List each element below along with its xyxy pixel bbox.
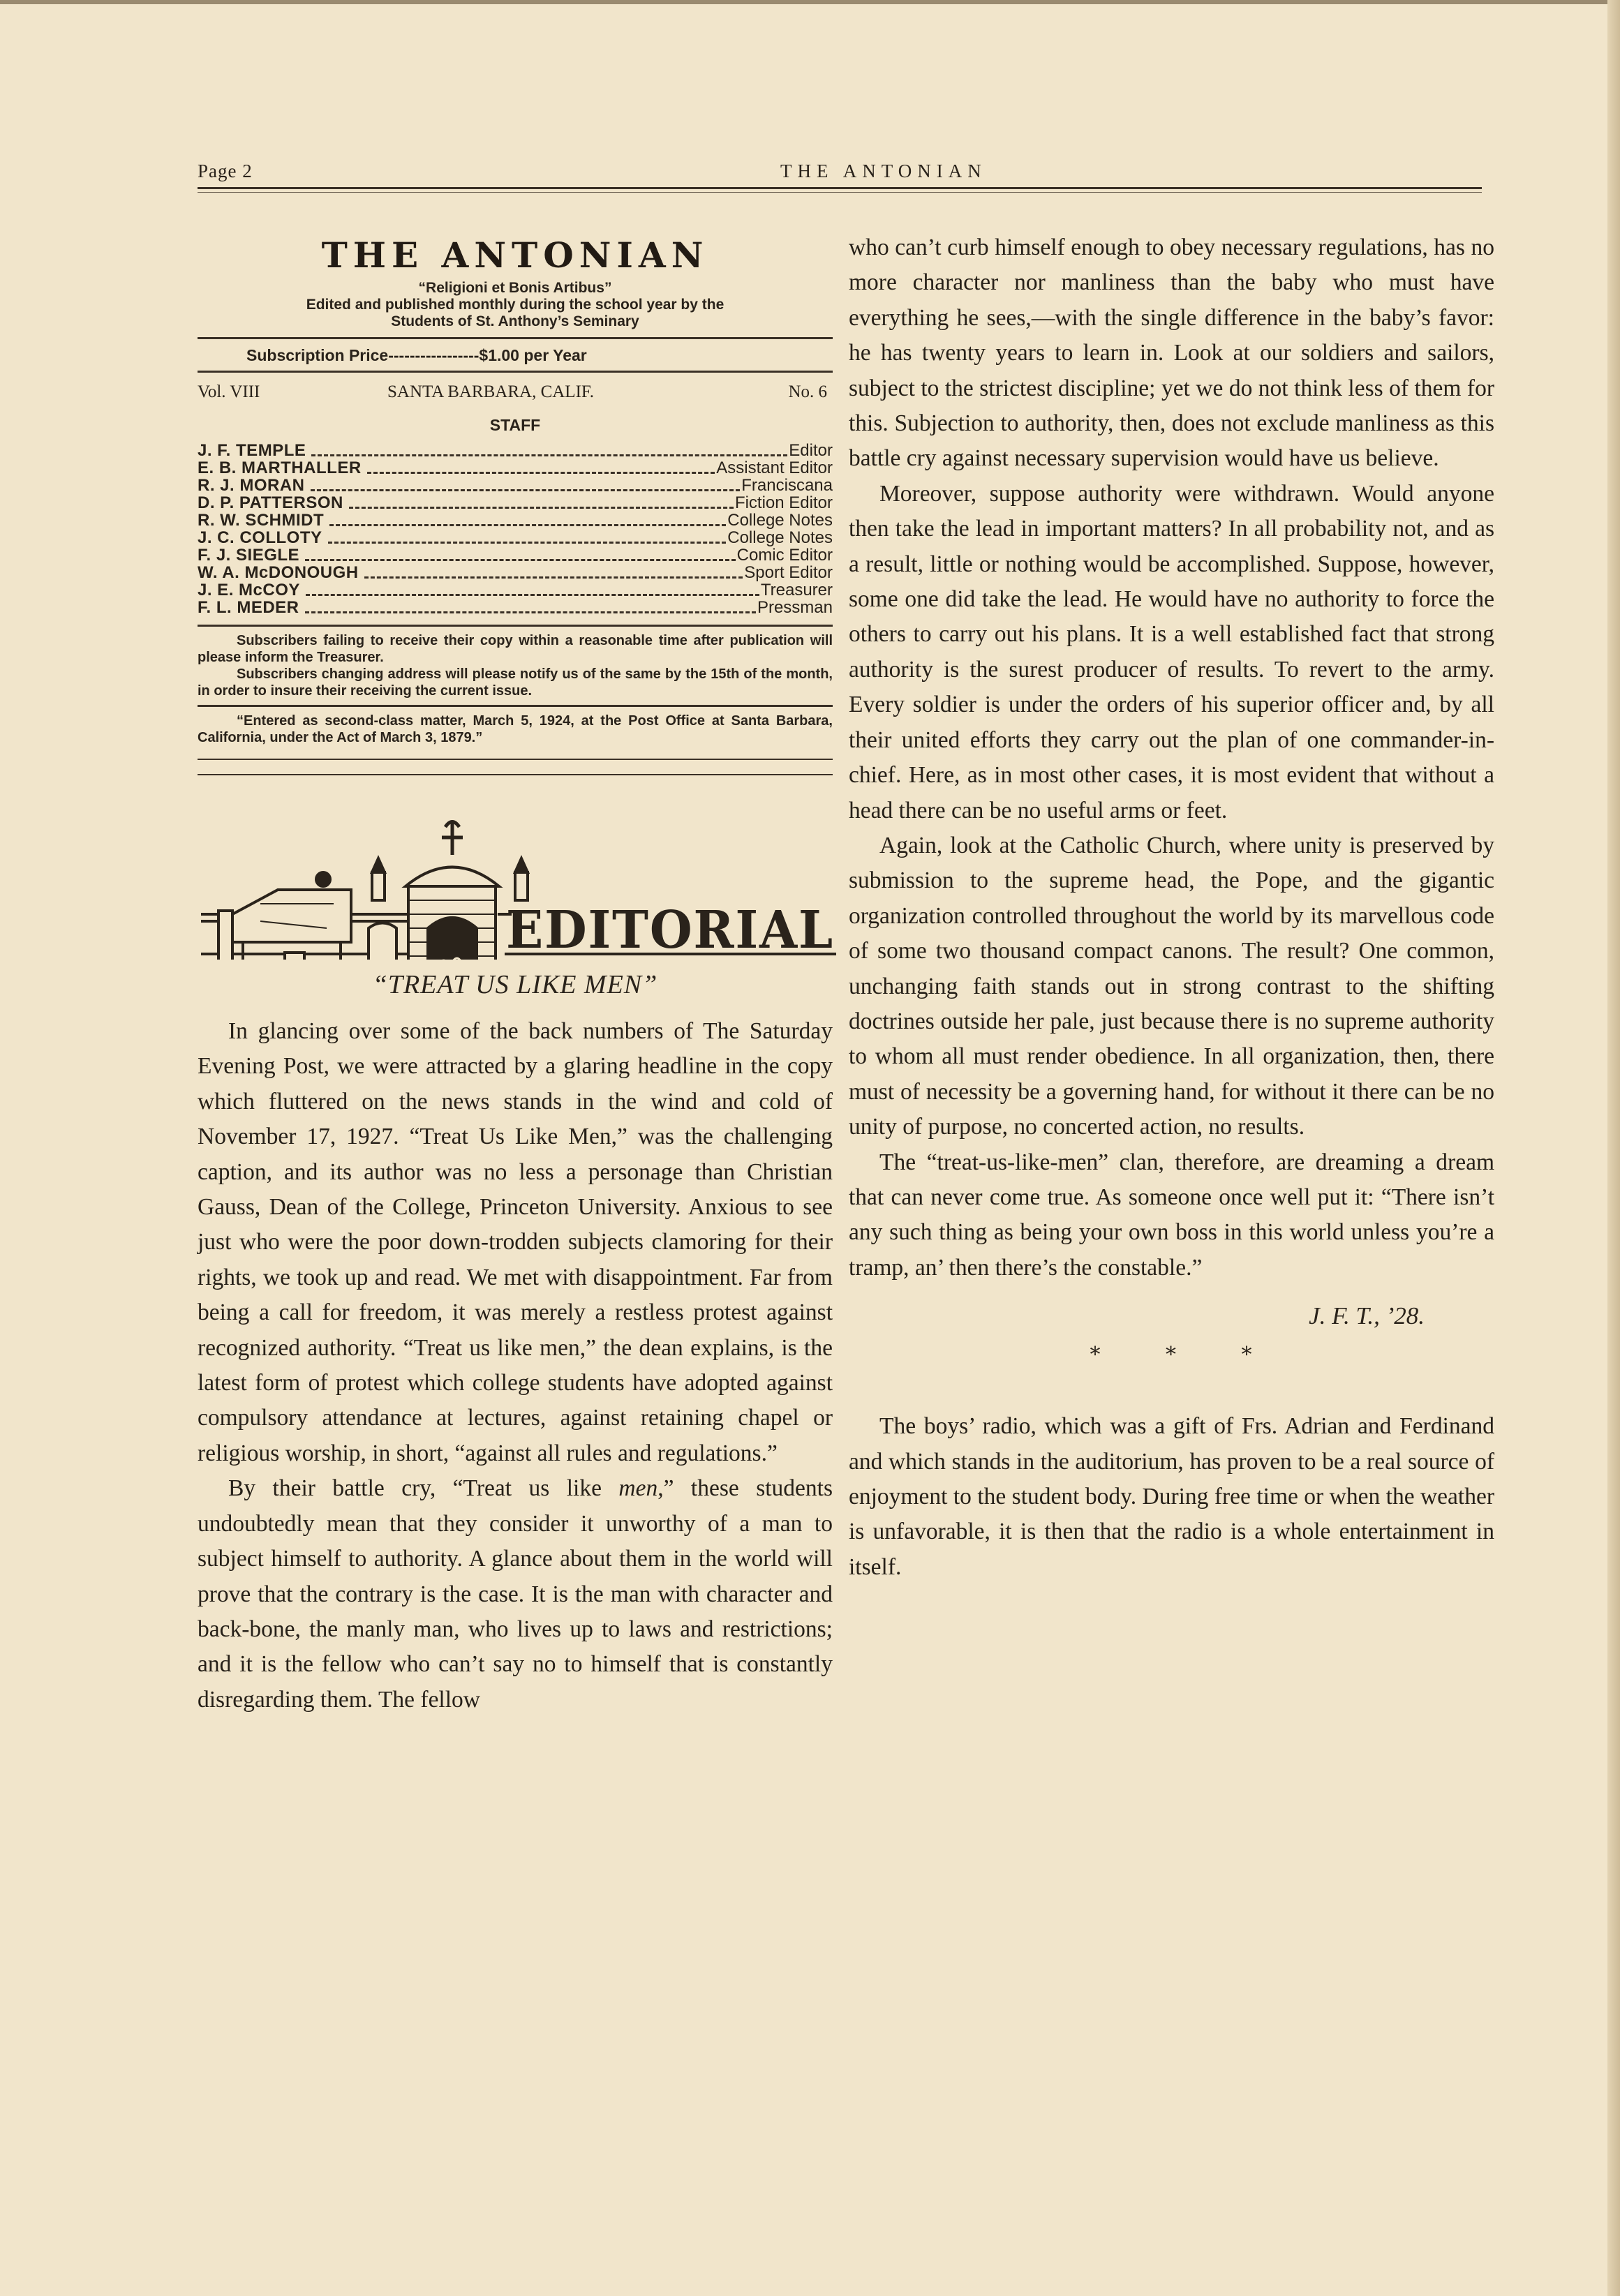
article-title: “TREAT US LIKE MEN” <box>198 969 833 1000</box>
staff-heading: STAFF <box>198 416 833 435</box>
staff-row: J. E. McCOYTreasurer <box>198 581 833 599</box>
article-paragraph: In glancing over some of the back number… <box>198 1014 833 1471</box>
article-paragraph-continued: who can’t curb himself enough to obey ne… <box>849 230 1494 477</box>
staff-row: W. A. McDONOUGHSport Editor <box>198 564 833 581</box>
staff-row: R. J. MORANFranciscana <box>198 477 833 494</box>
article-body-right: who can’t curb himself enough to obey ne… <box>849 230 1494 1285</box>
issue-number: No. 6 <box>788 382 827 402</box>
staff-row: F. J. SIEGLEComic Editor <box>198 546 833 564</box>
staff-row: D. P. PATTERSONFiction Editor <box>198 494 833 512</box>
page-number: Page 2 <box>198 161 253 182</box>
notice-delivery: Subscribers failing to receive their cop… <box>198 632 833 666</box>
divider <box>198 371 833 373</box>
right-column: who can’t curb himself enough to obey ne… <box>849 230 1494 1585</box>
staff-row: J. C. COLLOTYCollege Notes <box>198 529 833 546</box>
running-header: Page 2 THE ANTONIAN <box>198 161 1482 188</box>
staff-row: E. B. MARTHALLERAssistant Editor <box>198 459 833 477</box>
staff-list: J. F. TEMPLEEditor E. B. MARTHALLERAssis… <box>198 442 833 616</box>
article-paragraph: Again, look at the Catholic Church, wher… <box>849 828 1494 1145</box>
divider <box>198 759 833 760</box>
running-title: THE ANTONIAN <box>780 161 987 182</box>
header-rule <box>198 187 1482 193</box>
masthead-motto: “Religioni et Bonis Artibus” <box>198 280 833 297</box>
staff-row: F. L. MEDERPressman <box>198 599 833 616</box>
masthead-title: THE ANTONIAN <box>198 234 833 276</box>
editorial-banner: EDITORIAL <box>198 799 833 960</box>
radio-note-paragraph: The boys’ radio, which was a gift of Frs… <box>849 1409 1494 1585</box>
location: SANTA BARBARA, CALIF. <box>387 382 594 402</box>
article-paragraph: By their battle cry, “Treat us like men,… <box>198 1471 833 1717</box>
article-paragraph: Moreover, suppose authority were withdra… <box>849 477 1494 828</box>
masthead-subtitle-2: Students of St. Anthony’s Seminary <box>198 313 833 330</box>
volume: Vol. VIII <box>198 382 260 402</box>
subscriber-notice: Subscribers failing to receive their cop… <box>198 627 833 703</box>
radio-note: The boys’ radio, which was a gift of Frs… <box>849 1409 1494 1585</box>
left-column: THE ANTONIAN “Religioni et Bonis Artibus… <box>198 230 833 1717</box>
author-signature: J. F. T., ’28. <box>849 1302 1494 1330</box>
editorial-banner-label: EDITORIAL <box>506 900 834 960</box>
article-paragraph: The “treat-us-like-men” clan, therefore,… <box>849 1145 1494 1286</box>
volume-row: Vol. VIII SANTA BARBARA, CALIF. No. 6 <box>198 382 833 406</box>
staff-row: J. F. TEMPLEEditor <box>198 442 833 459</box>
article-body-left: In glancing over some of the back number… <box>198 1014 833 1717</box>
masthead-subtitle-1: Edited and published monthly during the … <box>198 297 833 313</box>
fireplace-illustration-icon: EDITORIAL <box>184 799 854 960</box>
staff-row: R. W. SCHMIDTCollege Notes <box>198 512 833 529</box>
notice-address: Subscribers changing address will please… <box>198 666 833 699</box>
subscription-price: Subscription Price-----------------$1.00… <box>198 339 833 369</box>
section-separator: * * * <box>849 1343 1494 1367</box>
postal-notice: “Entered as second-class matter, March 5… <box>198 707 833 750</box>
newspaper-page: Page 2 THE ANTONIAN THE ANTONIAN “Religi… <box>0 0 1620 2296</box>
divider <box>198 774 833 775</box>
